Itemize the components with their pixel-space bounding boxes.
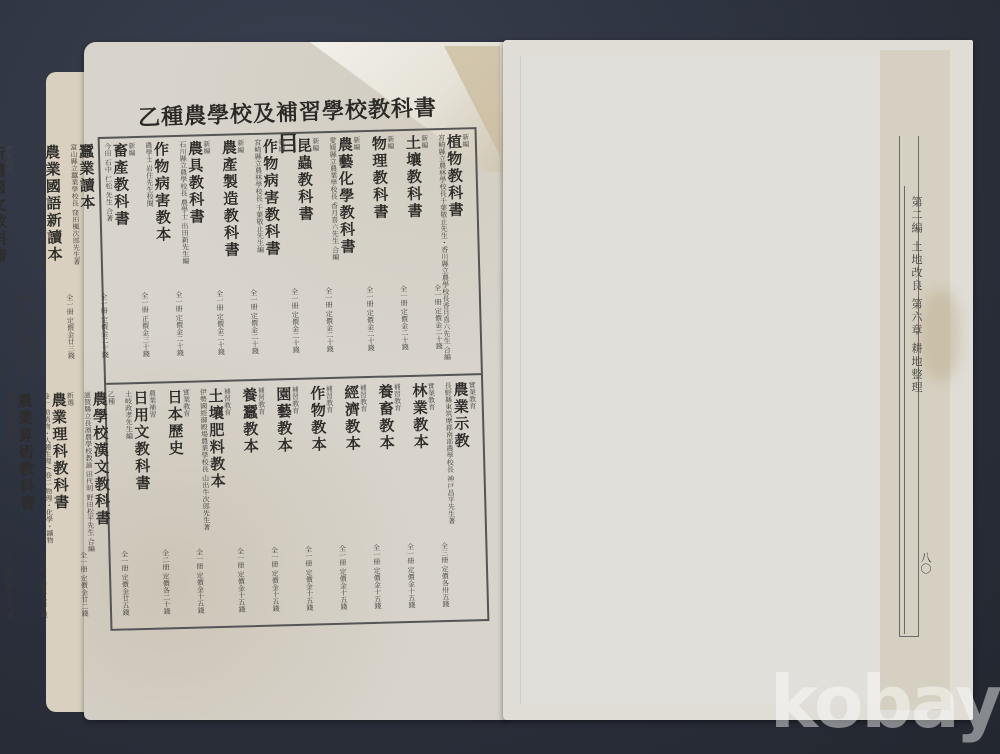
entry-title: 蠶業讀本 <box>78 143 95 211</box>
entry-series: 新編 <box>128 142 135 156</box>
entry-price: 全六冊 卷一二 定價各廿二錢・卷三四 定價各廿五錢・卷五六 定價各廿八錢 <box>18 295 41 382</box>
entry-series: 補習教育 <box>325 385 333 413</box>
catalog-entry: 農業國語新讀本農科大學講師 文學士 村上辰午郎先生編全六冊 卷一二 定價各廿二錢… <box>14 144 66 381</box>
entry-series: 新編 <box>312 137 319 151</box>
entry-title: 昆蟲教科書 <box>296 137 313 222</box>
catalog-entry: 蠶業讀本富山縣立蠶業學校長 窪田楓次郎先生著全一冊 定價金廿三錢 <box>62 143 100 380</box>
entry-title: 土壤教科書 <box>405 135 422 220</box>
entry-price: 全一冊 定價金十五錢 <box>338 545 347 610</box>
catalog-frame: 新編植物教科書宮崎縣立農林學校長千葉敬止先生・香川縣立農學校長香月喜六先生 合編… <box>98 127 490 631</box>
entry-title: 林業教本 <box>411 383 428 451</box>
catalog-entry: 新選農業理科教科書卷一 動植物・人體生理 / 卷二 物理・化學・鑛物全二冊 定價… <box>34 392 79 625</box>
entry-series: 新編 <box>387 135 394 149</box>
entry-title: 物理教科書 <box>371 136 388 221</box>
entry-price: 全一冊 定價金十五錢 <box>195 548 204 613</box>
catalog-entry: 農業算術教科書興文社編輯所編全一冊 定價金卅八錢 <box>0 393 38 626</box>
entry-series: 新編 <box>462 133 469 147</box>
entry-title: 作物教本 <box>309 385 326 453</box>
entry-price: 全一冊 定價金廿二錢 <box>79 551 88 616</box>
entry-series: 補習教育 <box>393 383 401 411</box>
entry-series: 實業教育 <box>182 389 190 417</box>
entry-series: 新編 <box>353 136 360 150</box>
entry-title: 經濟教本 <box>343 384 360 452</box>
entry-price: 全一冊 定價金廿三錢 <box>66 294 75 359</box>
entry-title: 農藝化學教科書 <box>337 136 355 255</box>
entry-title: 養畜教本 <box>377 383 394 451</box>
entry-price: 全一冊 定價金十五錢 <box>372 544 381 609</box>
paper-stain <box>920 290 960 380</box>
entry-title: 農學校漢文教科書 <box>91 391 110 527</box>
entry-series: 補習教育 <box>359 384 367 412</box>
entry-title: 土壤肥料教本 <box>207 388 225 490</box>
entry-series: 新編 <box>237 139 244 153</box>
catalog-entry: 新編物理教科書全一冊 定價金二十錢 <box>362 135 400 372</box>
entry-price: 全一冊 定價金卅八錢 <box>4 553 13 618</box>
entry-title: 作物病害教科書 <box>262 138 280 257</box>
entry-title: 農業理科教科書 <box>50 392 68 511</box>
entry-series: 補習教育 <box>291 386 299 414</box>
catalog-entry: 新編昆蟲教科書全一冊 定價金二十錢 <box>287 137 325 374</box>
entry-series: 實業教育 <box>427 382 435 410</box>
entry-series: 乙種 <box>107 391 114 405</box>
entry-series: 新編 <box>278 138 285 152</box>
entry-title: 園藝教本 <box>275 386 292 454</box>
catalog-entry: 乙種農學校漢文教科書滋賀縣立長濱農學校教諭 田代明 野田松平先生 合編全一冊 定… <box>75 391 120 624</box>
entry-series: 新選 <box>66 392 73 406</box>
catalog-entry: 實業教育林業教本全一冊 定價金十五錢 <box>402 382 440 615</box>
entry-title: 日本歷史 <box>166 389 183 457</box>
entry-title: 日用文教科書 <box>132 390 150 492</box>
entry-price: 全一冊 定價金十五錢 <box>406 543 415 608</box>
entry-series: 農業補習 <box>148 390 156 418</box>
watermark: kobay <box>770 660 1000 744</box>
entry-price: 全一冊 定價金十五錢 <box>236 547 245 612</box>
catalog-entry: 實業教育農業示教長野縣東筑摩郡南部農學校長 神戸昌平先生著全三冊 定價各卅五錢 <box>436 381 481 614</box>
entry-price: 全一冊 定價金二十錢 <box>216 290 225 355</box>
catalog-entry: 新編畜產教科書今田 石中 仁松 先生 合著全一冊 定價金二十錢 <box>96 142 141 379</box>
entry-price: 全一冊 定價金二十錢 <box>250 289 259 354</box>
entry-title: 農具教科書 <box>187 140 204 225</box>
entry-price: 全一冊 定價金二十錢 <box>175 291 184 356</box>
entry-price: 全二冊 定價各二十錢 <box>161 549 170 614</box>
catalog-entry: 補習教育養畜教本全一冊 定價金十五錢 <box>368 383 406 616</box>
catalog-entry: 實業教育日本歷史全二冊 定價各二十錢 <box>157 389 195 622</box>
entry-price: 全一冊 定價金二十錢 <box>325 287 334 352</box>
entry-price: 全一冊 定價金十五錢 <box>270 546 279 611</box>
entry-title: 養蠶教本 <box>241 387 258 455</box>
entry-price: 全一冊 定價金二十錢 <box>291 288 300 353</box>
entry-series: 實業教育 <box>468 381 476 409</box>
entry-price: 全一冊 定價金二十錢 <box>366 286 375 351</box>
running-head: 第二編 土地改良 第六章 耕地整理 <box>908 196 924 395</box>
entry-series: 補習教育 <box>257 387 265 415</box>
entry-title: 畜產教科書 <box>112 142 129 227</box>
entry-price: 全一冊 定價金十五錢 <box>304 546 313 611</box>
entry-title: 農產製造教科書 <box>221 139 239 258</box>
entry-series: 新編 <box>203 140 210 154</box>
page-number: 八〇 <box>917 552 933 574</box>
right-page-blank-area <box>520 56 881 704</box>
catalog-entry: 補習教育養蠶教本全一冊 定價金十五錢 <box>232 387 270 620</box>
entry-price: 全一冊 正價金三十錢 <box>141 292 150 357</box>
catalog-entry: 新編農藝化學教科書愛媛縣立農業學校長 香月喜六先生 合編全一冊 定價金二十錢 <box>321 136 366 373</box>
entry-price: 全三冊 定價各卅五錢 <box>440 542 449 607</box>
catalog-entry: 新編農具教科書石川縣立農學校長 農學士 出田新先生編全一冊 定價金二十錢 <box>171 140 216 377</box>
catalog-entry: 新編植物教科書宮崎縣立農林學校長千葉敬止先生・香川縣立農學校長香月喜六先生 合編… <box>430 133 475 370</box>
entry-series: 農學校用 <box>5 145 13 173</box>
catalog-entry: 新編作物病害教科書宮崎縣立農林學校長 千葉敬止先生編全一冊 定價金二十錢 <box>246 138 291 375</box>
entry-price: 全一冊 定價金廿五錢 <box>120 550 129 615</box>
catalog-entry: 補習教育園藝教本全一冊 定價金十五錢 <box>266 386 304 619</box>
entry-price: 全一冊 定價金二十錢 <box>100 293 109 358</box>
catalog-entry: 補習教育經濟教本全一冊 定價金十五錢 <box>334 384 372 617</box>
entry-price: 全一冊 定價金二十錢 <box>400 285 409 350</box>
entry-title: 植物教科書 <box>446 134 463 219</box>
catalog-entry: 作物病害教本農學士 岩住先生校閱全一冊 正價金三十錢 <box>137 141 175 378</box>
catalog-entry: 新編土壤教科書全一冊 定價金二十錢 <box>396 134 434 371</box>
entry-title: 農業國語新讀本 <box>44 144 62 263</box>
catalog-entry: 補習教育土壤肥料教本伊勢國經御殿場農業學校長 山出牛次郎先生著全一冊 定價金十五… <box>191 388 236 621</box>
catalog-bottom-section: 實業教育農業示教長野縣東筑摩郡南部農學校長 神戸昌平先生著全三冊 定價各卅五錢實… <box>112 381 481 622</box>
catalog-top-section: 新編植物教科書宮崎縣立農林學校長千葉敬止先生・香川縣立農學校長香月喜六先生 合編… <box>106 133 475 378</box>
entry-series: 新編 <box>421 134 428 148</box>
entry-series: 補習教育 <box>223 388 231 416</box>
entry-title: 農業示教 <box>452 381 469 449</box>
entry-price: 全二冊 定價各金廿錢 <box>38 553 47 618</box>
entry-title: 作物病害教本 <box>153 141 171 243</box>
catalog-entry: 補習教育作物教本全一冊 定價金十五錢 <box>300 385 338 618</box>
catalog-entry: 農業補習日用文教科書土岐政孝先生編全一冊 定價金廿五錢 <box>116 390 161 623</box>
catalog-entry: 新編農產製造教科書全一冊 定價金二十錢 <box>212 139 250 376</box>
entry-title: 農業算術教科書 <box>16 393 34 512</box>
